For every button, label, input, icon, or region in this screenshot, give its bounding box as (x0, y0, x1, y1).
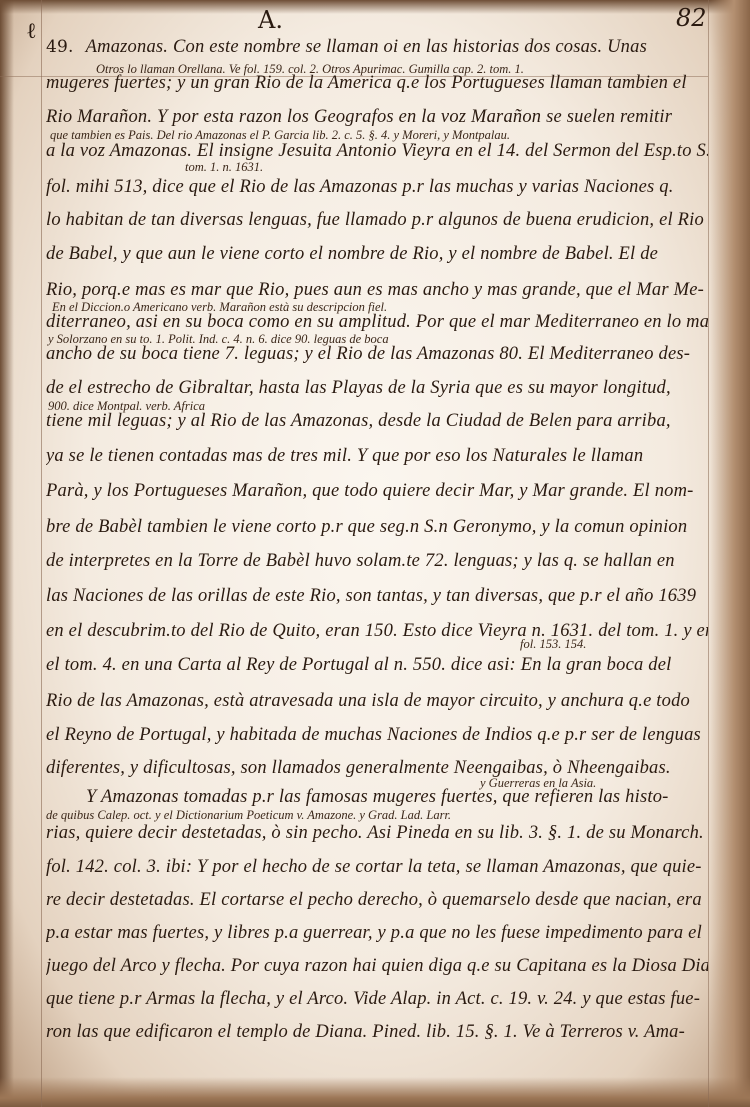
text-line: Rio de las Amazonas, està atravesada una… (46, 690, 708, 712)
text-line: bre de Babèl tambien le viene corto p.r … (46, 516, 708, 538)
page-edge-left (0, 0, 14, 1107)
text-line: las Naciones de las orillas de este Rio,… (46, 585, 708, 607)
line-text: Amazonas. Con este nombre se llaman oi e… (86, 37, 647, 57)
text-line: juego del Arco y flecha. Por cuya razon … (46, 955, 708, 977)
text-line: Y Amazonas tomadas p.r las famosas muger… (86, 786, 708, 808)
text-line: Rio Marañon. Y por esta razon los Geogra… (46, 106, 708, 128)
page-edge-bottom (0, 1077, 750, 1107)
text-line: ancho de su boca tiene 7. leguas; y el R… (46, 343, 708, 365)
text-line: en el descubrim.to del Rio de Quito, era… (46, 620, 708, 642)
text-line: fol. mihi 513, dice que el Rio de las Am… (46, 176, 708, 198)
text-line: a la voz Amazonas. El insigne Jesuita An… (46, 140, 708, 162)
text-line: 49.Amazonas. Con este nombre se llaman o… (46, 36, 708, 58)
folio-number: 82 (676, 4, 707, 32)
text-line: diterraneo, asi en su boca como en su am… (46, 311, 708, 333)
text-line: mugeres fuertes; y un gran Rio de la Ame… (46, 72, 708, 94)
section-letter: A. (258, 6, 283, 34)
interlinear-note: de quibus Calep. oct. y el Dictionarium … (46, 808, 451, 822)
page-edge-top (0, 0, 750, 14)
margin-mark: ℓ (26, 18, 37, 44)
text-line: Parà, y los Portugueses Marañon, que tod… (46, 480, 708, 502)
text-line: rias, quiere decir destetadas, ò sin pec… (46, 822, 708, 844)
text-line: de el estrecho de Gibraltar, hasta las P… (46, 377, 708, 399)
text-line: Rio, porq.e mas es mar que Rio, pues aun… (46, 279, 708, 301)
text-line: ron las que edificaron el templo de Dian… (46, 1021, 708, 1043)
text-line: el tom. 4. en una Carta al Rey de Portug… (46, 654, 708, 676)
text-line: re decir destetadas. El cortarse el pech… (46, 889, 708, 911)
manuscript-page: ℓ A. 82 49.Amazonas. Con este nombre se … (0, 0, 750, 1107)
interlinear-note: tom. 1. n. 1631. (185, 160, 263, 174)
text-line: diferentes, y dificultosas, son llamados… (46, 757, 708, 779)
margin-rule-right (708, 0, 709, 1107)
margin-rule-left (41, 0, 42, 1107)
text-line: el Reyno de Portugal, y habitada de much… (46, 724, 708, 746)
text-line: de interpretes en la Torre de Babèl huvo… (46, 550, 708, 572)
text-line: ya se le tienen contadas mas de tres mil… (46, 445, 708, 467)
entry-number: 49. (46, 37, 74, 57)
text-line: de Babel, y que aun le viene corto el no… (46, 243, 708, 265)
page-edge-right (710, 0, 750, 1107)
text-line: que tiene p.r Armas la flecha, y el Arco… (46, 988, 708, 1010)
interlinear-note: fol. 153. 154. (520, 637, 586, 651)
text-line: tiene mil leguas; y al Rio de las Amazon… (46, 410, 708, 432)
text-line: fol. 142. col. 3. ibi: Y por el hecho de… (46, 856, 708, 878)
text-line: lo habitan de tan diversas lenguas, fue … (46, 209, 708, 231)
text-line: p.a estar mas fuertes, y libres p.a guer… (46, 922, 708, 944)
